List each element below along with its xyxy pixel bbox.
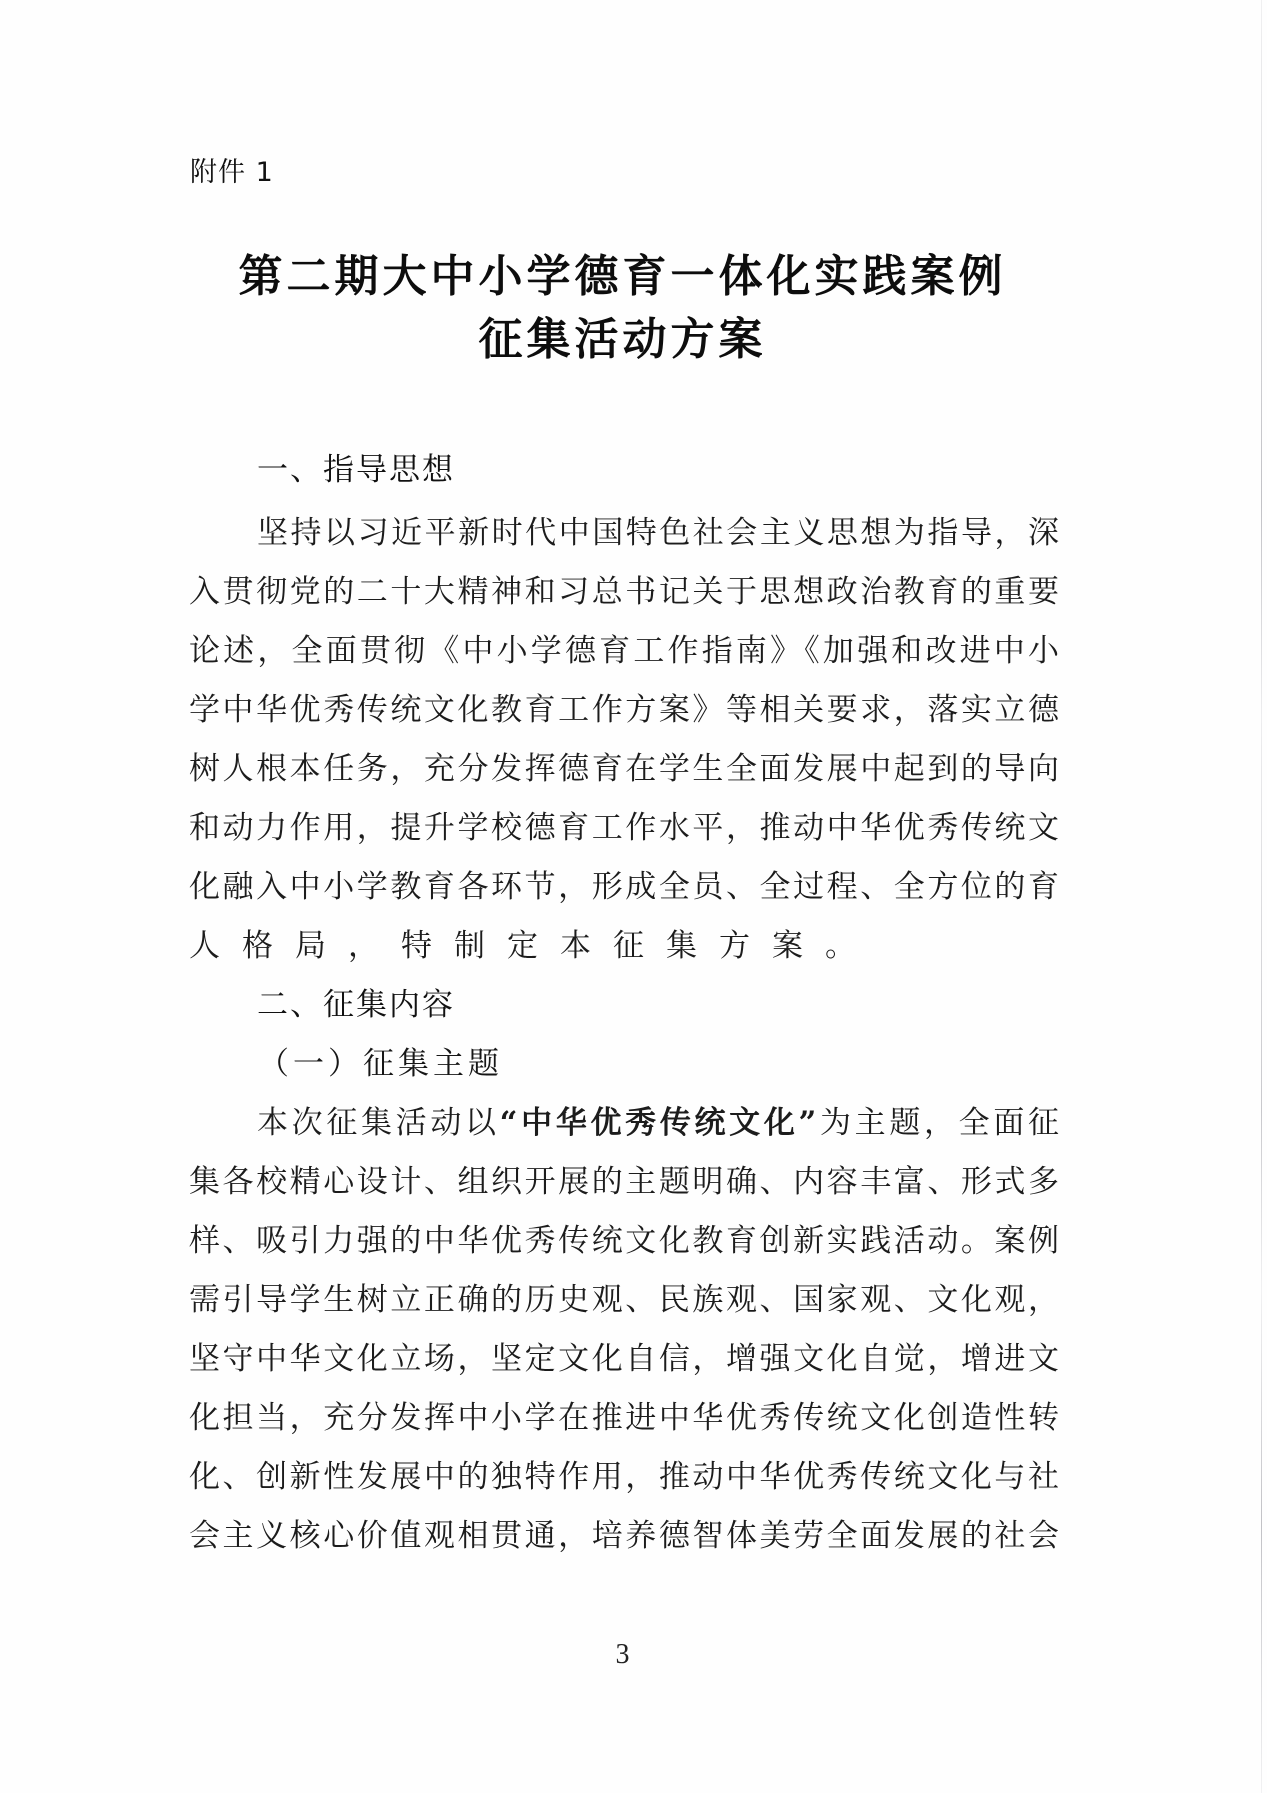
paragraph-line: 化融入中小学教育各环节，形成全员、全过程、全方位的育 [189, 867, 1059, 907]
subsection-heading-collection-theme: （一）征集主题 [258, 1044, 503, 1084]
paragraph-line: 和动力作用，提升学校德育工作水平，推动中华优秀传统文 [189, 808, 1059, 848]
paragraph-text: 本次征集活动以 [257, 1105, 500, 1141]
theme-quote: “中华优秀传统文化” [500, 1105, 817, 1141]
paragraph-text: 为主题，全面征 [816, 1105, 1059, 1141]
paragraph-line: 本次征集活动以“中华优秀传统文化”为主题，全面征 [257, 1103, 1059, 1143]
paragraph-line: 集各校精心设计、组织开展的主题明确、内容丰富、形式多 [189, 1162, 1059, 1202]
paragraph-line: 人格局，特制定本征集方案。 [189, 926, 1059, 966]
paragraph-line: 学中华优秀传统文化教育工作方案》等相关要求，落实立德 [189, 690, 1059, 730]
page-number: 3 [0, 1638, 1245, 1672]
paragraph-line: 化、创新性发展中的独特作用，推动中华优秀传统文化与社 [189, 1457, 1059, 1497]
attachment-label: 附件 1 [190, 156, 274, 190]
document-title-line-2: 征集活动方案 [0, 309, 1245, 371]
paragraph-line: 会主义核心价值观相贯通，培养德智体美劳全面发展的社会 [189, 1516, 1059, 1556]
paragraph-line: 入贯彻党的二十大精神和习总书记关于思想政治教育的重要 [189, 572, 1059, 612]
section-heading-guiding-ideology: 一、指导思想 [257, 450, 455, 490]
paragraph-line: 样、吸引力强的中华优秀传统文化教育创新实践活动。案例 [189, 1221, 1059, 1261]
paragraph-line: 论述，全面贯彻《中小学德育工作指南》《加强和改进中小 [189, 631, 1059, 671]
paragraph-line: 树人根本任务，充分发挥德育在学生全面发展中起到的导向 [189, 749, 1059, 789]
paragraph-line: 化担当，充分发挥中小学在推进中华优秀传统文化创造性转 [189, 1398, 1059, 1438]
section-heading-collection-content: 二、征集内容 [257, 985, 455, 1025]
document-page: 附件 1 第二期大中小学德育一体化实践案例 征集活动方案 一、指导思想 坚持以习… [0, 0, 1267, 1793]
paragraph-line: 坚守中华文化立场，坚定文化自信，增强文化自觉，增进文 [189, 1339, 1059, 1379]
paragraph-line: 坚持以习近平新时代中国特色社会主义思想为指导，深 [257, 513, 1059, 553]
scan-edge-artifact [1261, 0, 1262, 1793]
paragraph-line: 需引导学生树立正确的历史观、民族观、国家观、文化观， [189, 1280, 1059, 1320]
document-title-line-1: 第二期大中小学德育一体化实践案例 [0, 246, 1245, 308]
